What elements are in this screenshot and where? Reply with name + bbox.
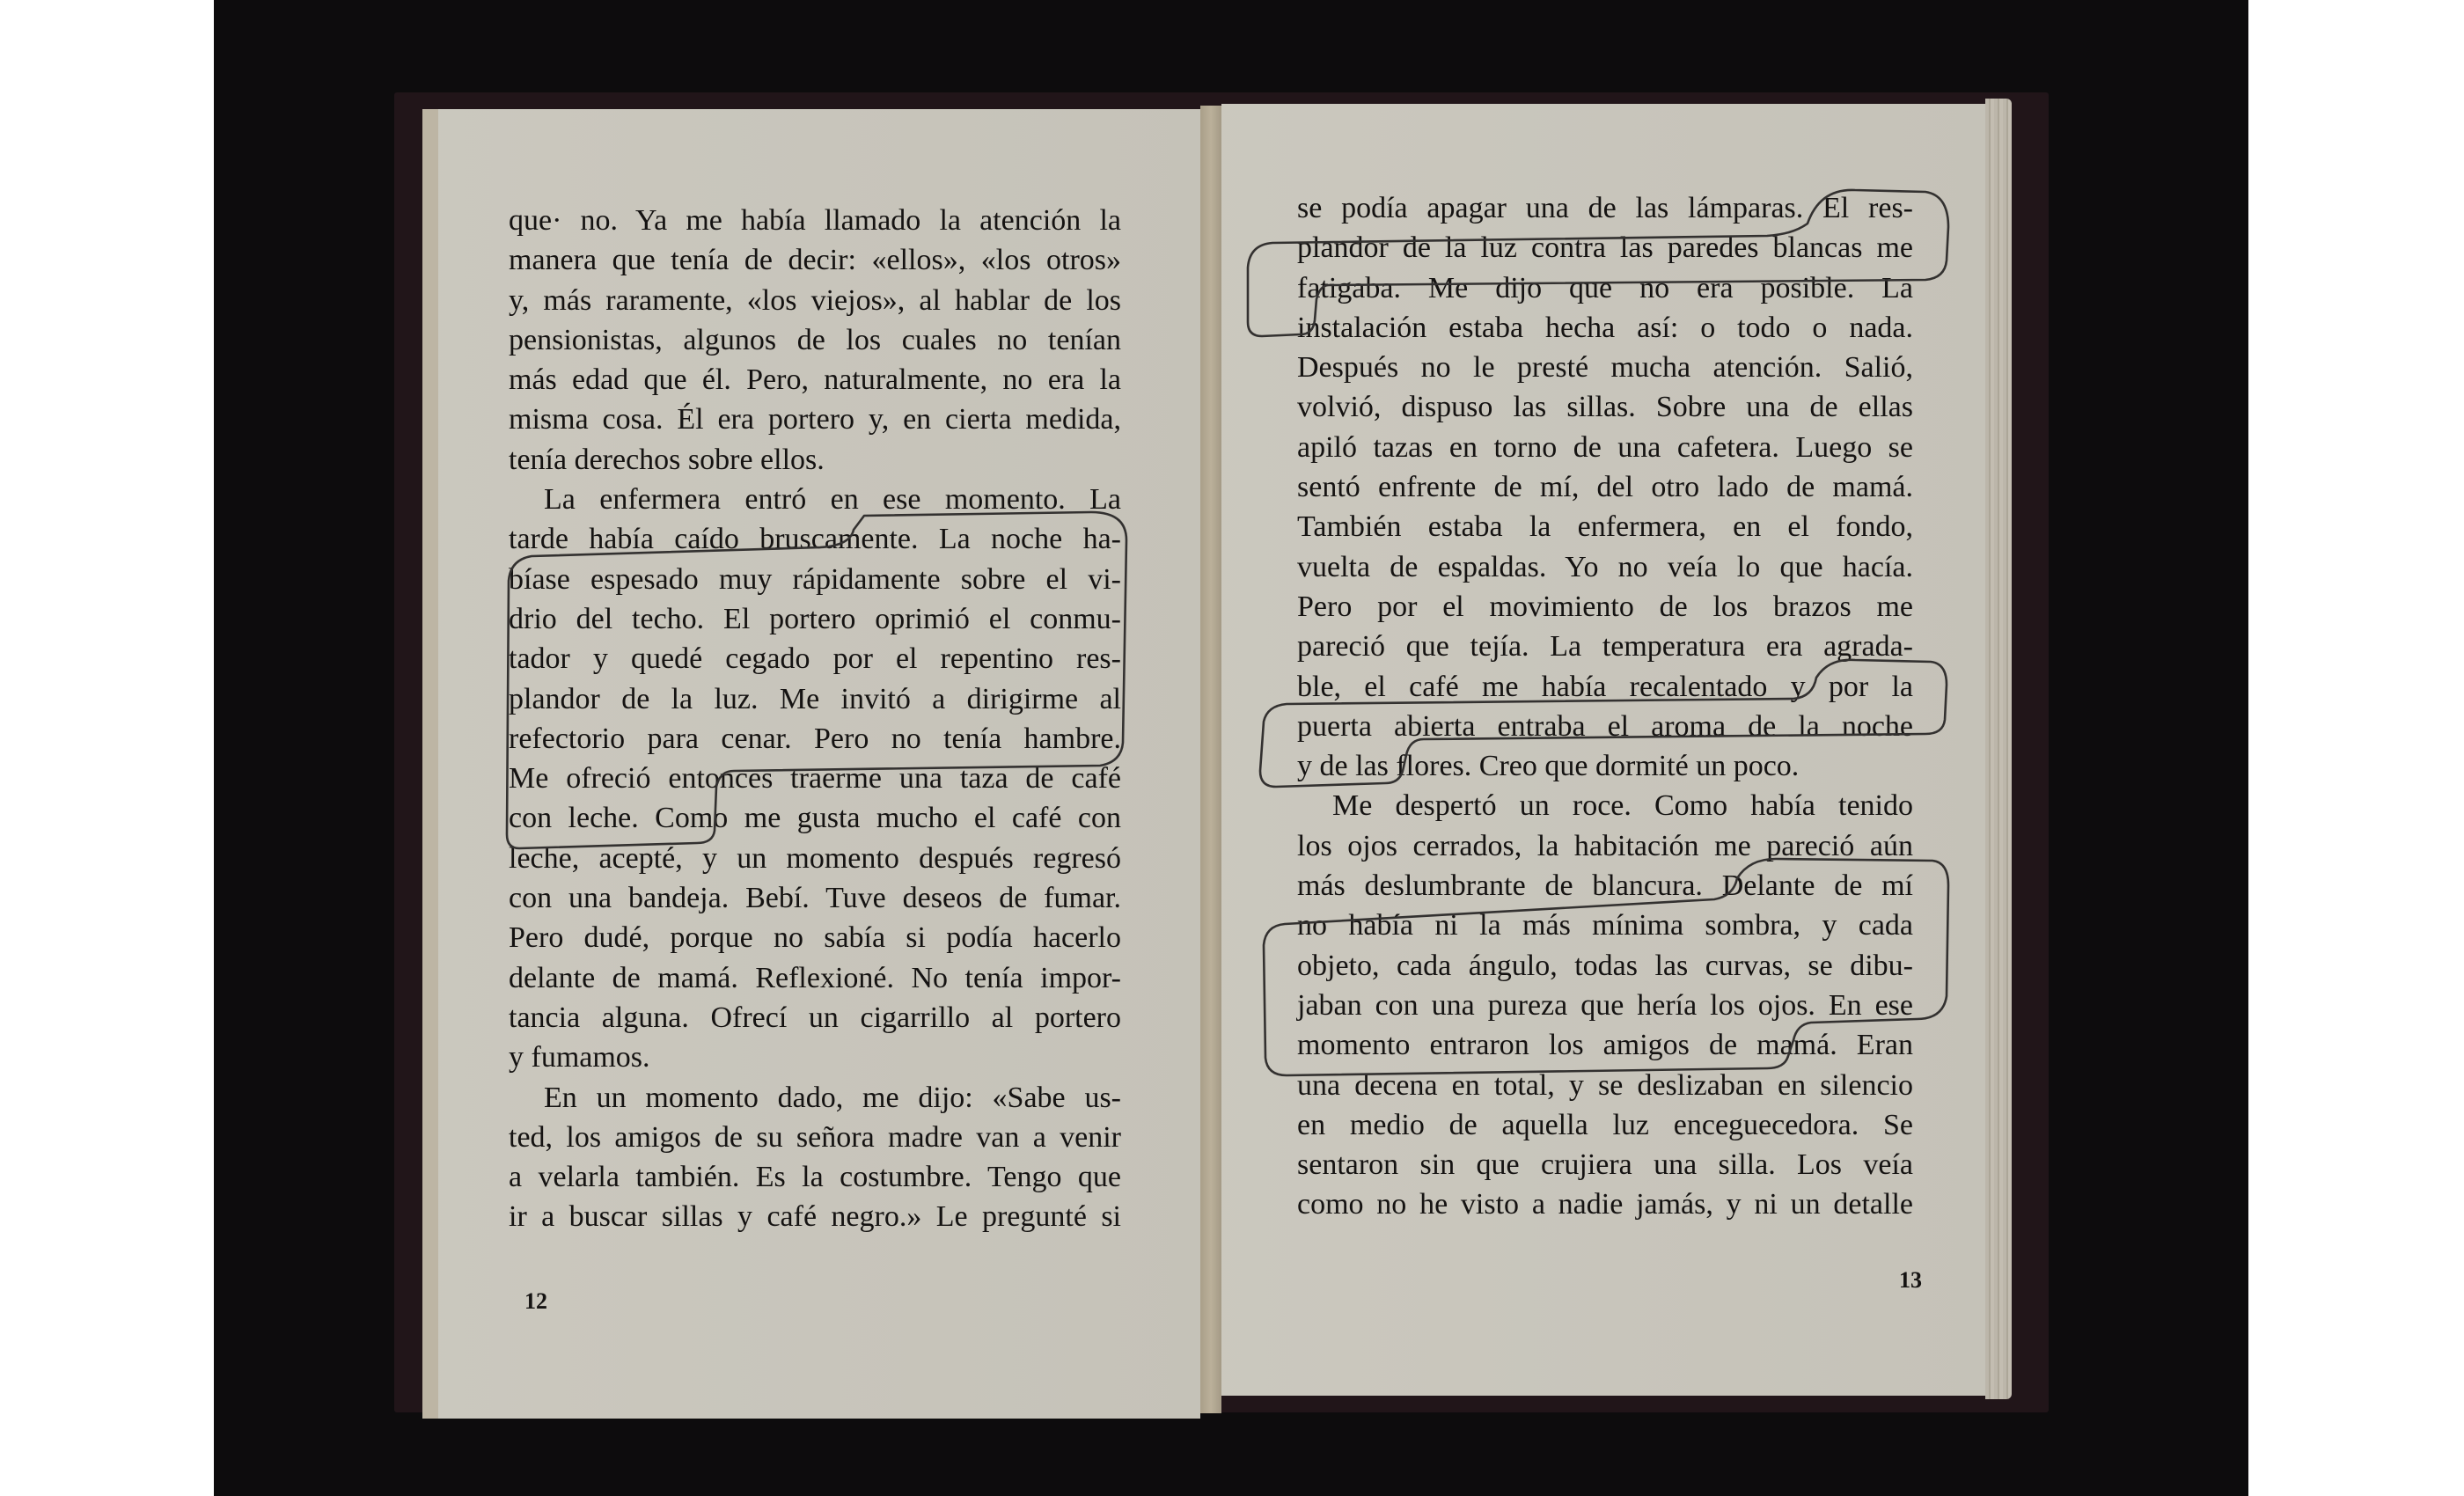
text-line: momento entraron los amigos de mamá. Era… (1297, 1025, 1913, 1065)
text-line: instalación estaba hecha así: o todo o n… (1297, 308, 1913, 348)
text-line: manera que tenía de decir: «ellos», «los… (509, 240, 1121, 280)
text-line: drio del techo. El portero oprimió el co… (509, 599, 1121, 639)
text-line: misma cosa. Él era portero y, en cierta … (509, 400, 1121, 439)
book-gutter (1200, 106, 1221, 1413)
text-line: como no he visto a nadie jamás, y ni un … (1297, 1184, 1913, 1224)
text-line: refectorio para cenar. Pero no tenía ham… (509, 719, 1121, 759)
text-line: puerta abierta entraba el aroma de la no… (1297, 707, 1913, 746)
page-number: 13 (1899, 1267, 1922, 1294)
text-line: También estaba la enfermera, en el fondo… (1297, 507, 1913, 546)
text-line: Me despertó un roce. Como había tenido (1297, 786, 1913, 825)
text-line: plandor de la luz. Me invitó a dirigirme… (509, 679, 1121, 719)
text-line: y de las flores. Creo que dormité un poc… (1297, 746, 1913, 786)
text-line: En un momento dado, me dijo: «Sabe us- (509, 1078, 1121, 1118)
text-line: volvió, dispuso las sillas. Sobre una de… (1297, 387, 1913, 427)
text-line: sentó enfrente de mí, del otro lado de m… (1297, 467, 1913, 507)
text-line: a velarla también. Es la costumbre. Teng… (509, 1157, 1121, 1197)
left-page: que· no. Ya me había llamado la atención… (422, 109, 1200, 1419)
text-line: Pero por el movimiento de los brazos me (1297, 587, 1913, 627)
text-line: ir a buscar sillas y café negro.» Le pre… (509, 1197, 1121, 1236)
text-line: fatigaba. Me dijo que no era posible. La (1297, 268, 1913, 308)
text-line: se podía apagar una de las lámparas. El … (1297, 188, 1913, 228)
text-line: los ojos cerrados, la habitación me pare… (1297, 826, 1913, 866)
page-stack-edge (1985, 99, 2012, 1399)
text-line: una decena en total, y se deslizaban en … (1297, 1066, 1913, 1105)
text-line: más edad que él. Pero, naturalmente, no … (509, 360, 1121, 400)
text-line: tenía derechos sobre ellos. (509, 440, 1121, 480)
text-line: pareció que tejía. La temperatura era ag… (1297, 627, 1913, 666)
text-line: tancia alguna. Ofrecí un cigarrillo al p… (509, 998, 1121, 1038)
text-line: leche, acepté, y un momento después regr… (509, 839, 1121, 878)
text-line: Me ofreció entonces traerme una taza de … (509, 759, 1121, 798)
page-number: 12 (524, 1288, 547, 1315)
text-line: tador y quedé cegado por el repentino re… (509, 639, 1121, 678)
text-line: con una bandeja. Bebí. Tuve deseos de fu… (509, 878, 1121, 918)
text-line: pensionistas, algunos de los cuales no t… (509, 320, 1121, 360)
text-line: delante de mamá. Reflexioné. No tenía im… (509, 958, 1121, 998)
text-line: La enfermera entró en ese momento. La (509, 480, 1121, 519)
text-line: Pero dudé, porque no sabía si podía hace… (509, 918, 1121, 957)
text-line: sentaron sin que crujiera una silla. Los… (1297, 1145, 1913, 1184)
text-line: ble, el café me había recalentado y por … (1297, 667, 1913, 707)
text-line: apiló tazas en torno de una cafetera. Lu… (1297, 428, 1913, 467)
text-line: bíase espesado muy rápidamente sobre el … (509, 560, 1121, 599)
text-line: Después no le presté mucha atención. Sal… (1297, 348, 1913, 387)
right-page-text: se podía apagar una de las lámparas. El … (1297, 188, 1913, 1225)
text-line: jaban con una pureza que hería los ojos.… (1297, 986, 1913, 1025)
text-line: y fumamos. (509, 1038, 1121, 1077)
text-line: vuelta de espaldas. Yo no veía lo que ha… (1297, 547, 1913, 587)
text-line: ted, los amigos de su señora madre van a… (509, 1118, 1121, 1157)
text-line: en medio de aquella luz enceguecedora. S… (1297, 1105, 1913, 1145)
left-page-text: que· no. Ya me había llamado la atención… (509, 201, 1121, 1237)
text-line: tarde había caído bruscamente. La noche … (509, 519, 1121, 559)
text-line: no había ni la más mínima sombra, y cada (1297, 906, 1913, 945)
page-edge-shade (422, 109, 438, 1419)
right-page: se podía apagar una de las lámparas. El … (1221, 104, 1985, 1396)
text-line: plandor de la luz contra las paredes bla… (1297, 228, 1913, 268)
text-line: más deslumbrante de blancura. Delante de… (1297, 866, 1913, 906)
text-line: y, más raramente, «los viejos», al habla… (509, 281, 1121, 320)
text-line: objeto, cada ángulo, todas las curvas, s… (1297, 946, 1913, 986)
text-line: con leche. Como me gusta mucho el café c… (509, 798, 1121, 838)
text-line: que· no. Ya me había llamado la atención… (509, 201, 1121, 240)
